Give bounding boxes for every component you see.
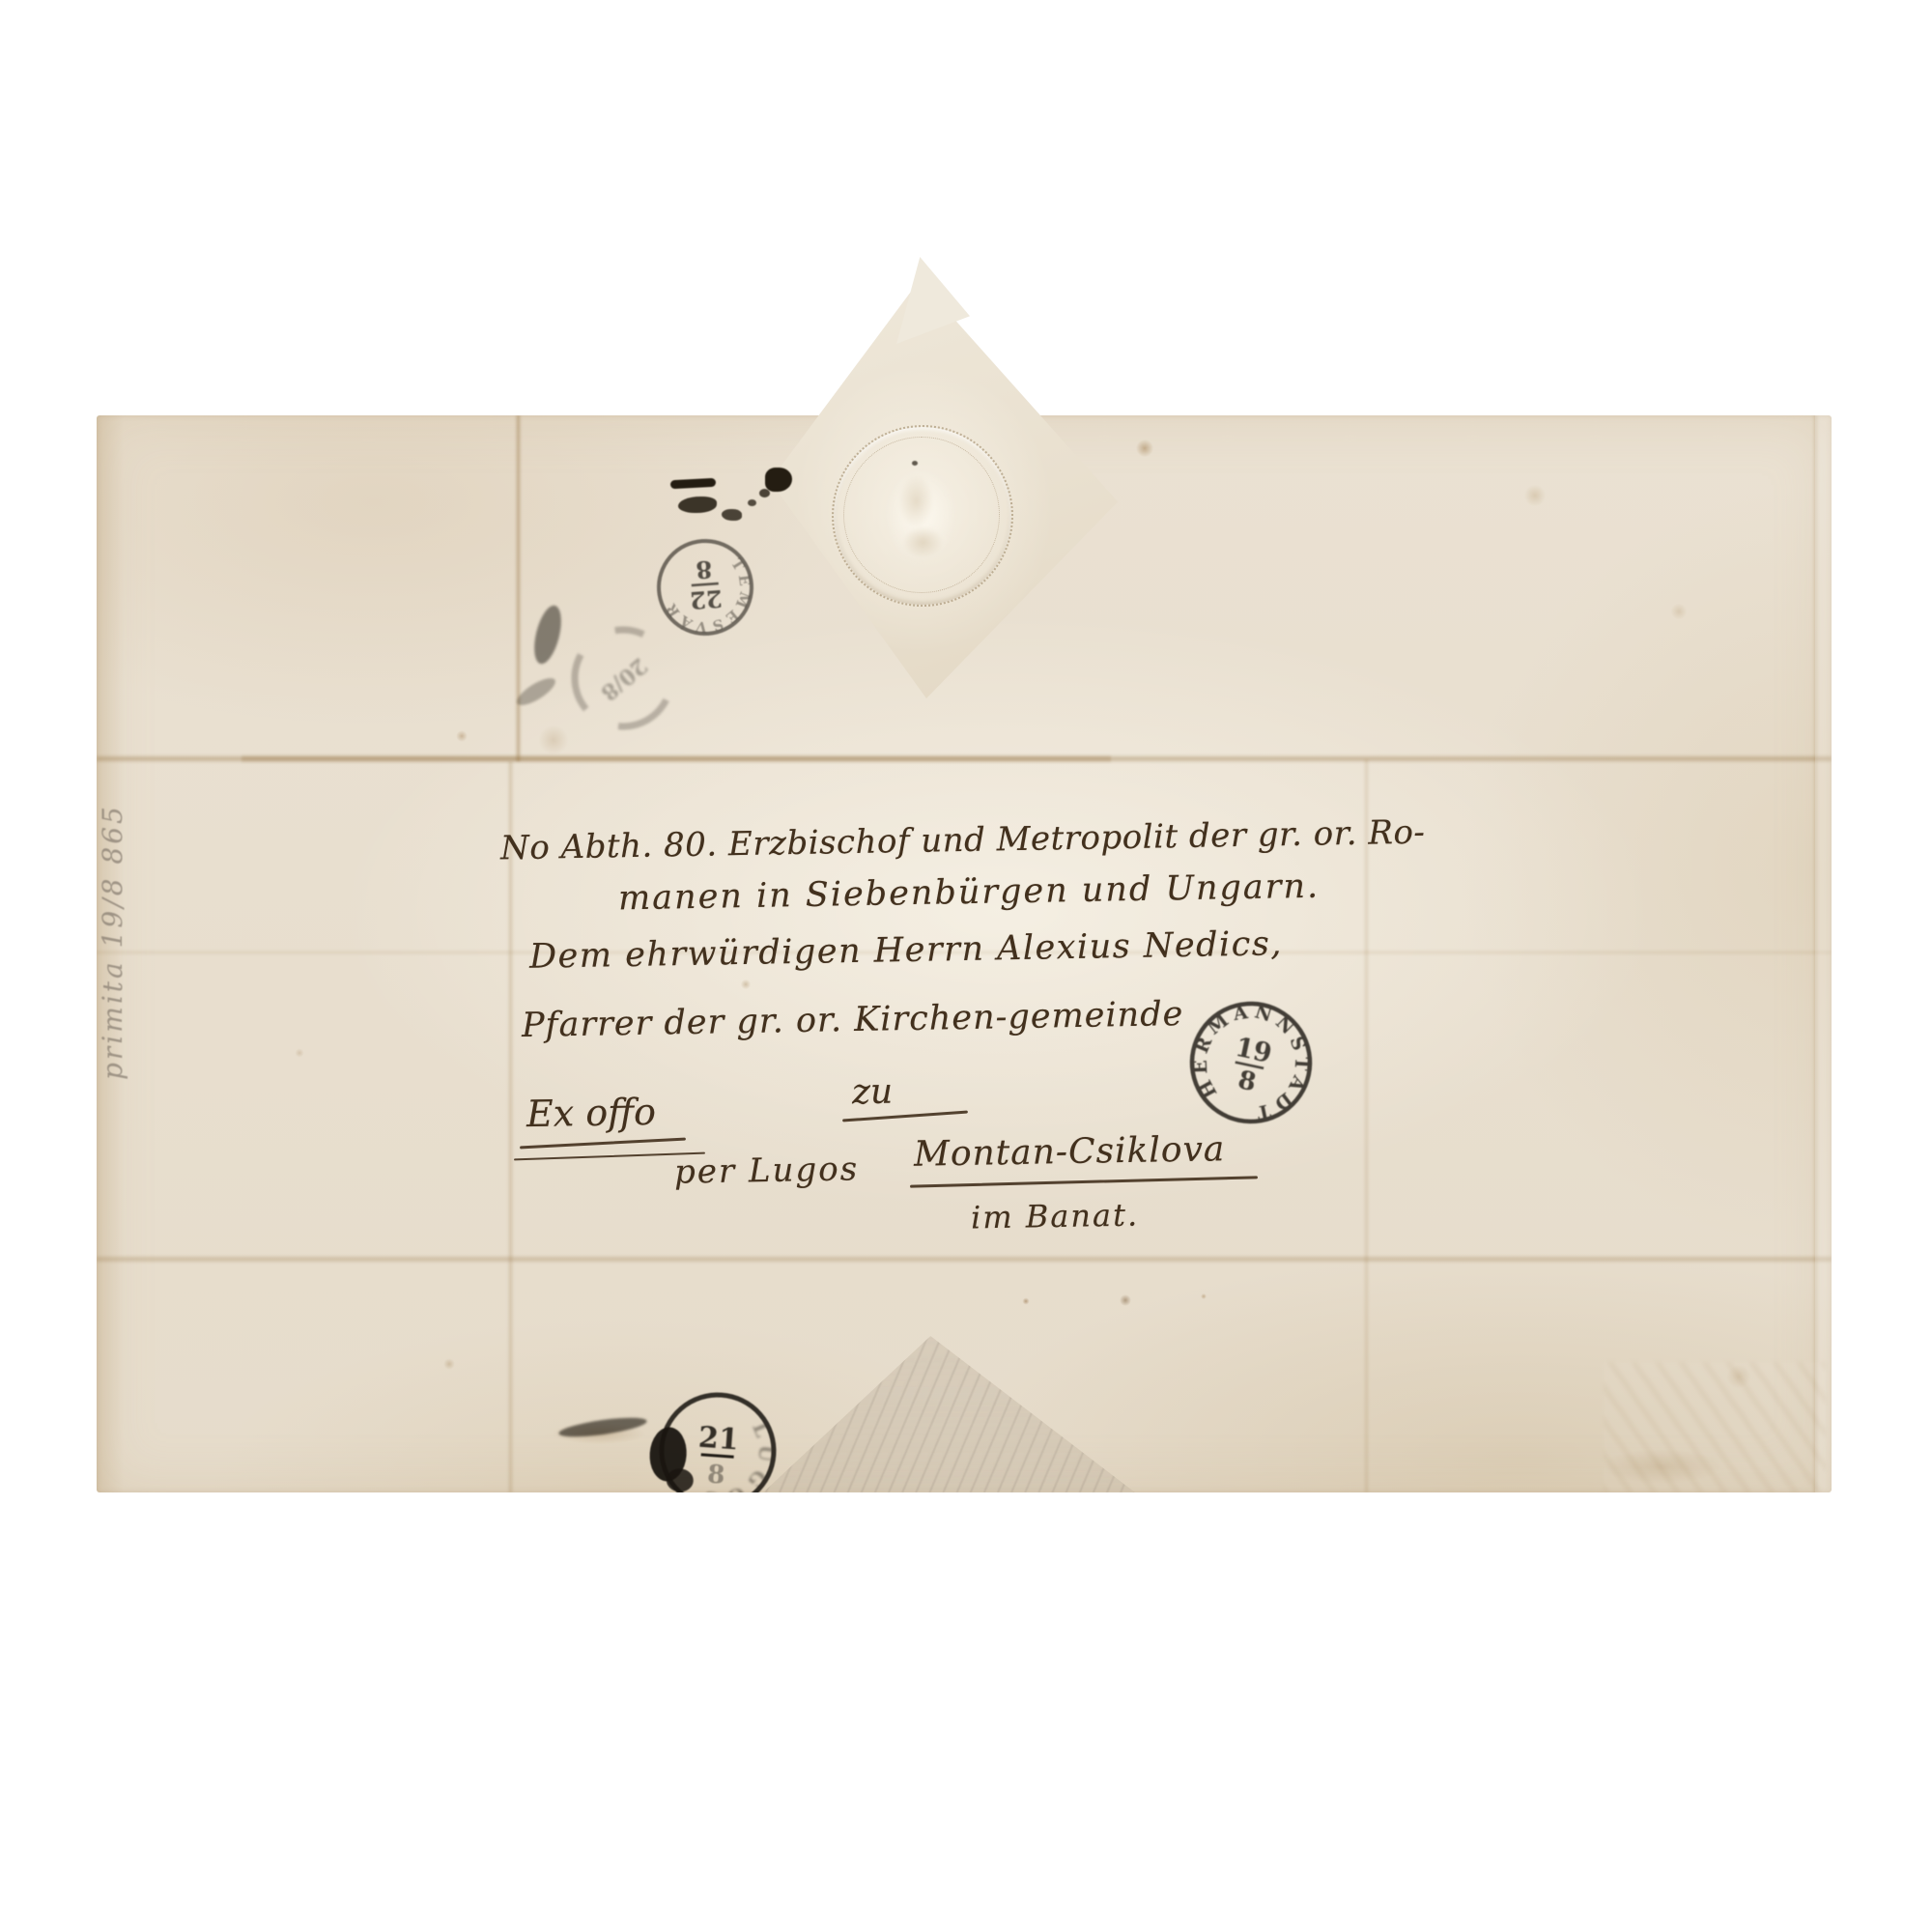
address-line-3: Dem ehrwürdigen Herrn Alexius Nedics, [529, 924, 1284, 977]
seal-emblem [867, 456, 975, 576]
destination-region: im Banat. [971, 1196, 1140, 1236]
address-line-4: Pfarrer der gr. or. Kirchen-gemeinde [522, 995, 1184, 1045]
underline-ex-offo-1 [520, 1138, 686, 1150]
postmark-day: 22 [689, 584, 723, 614]
wrinkle-bottom-right [1604, 1362, 1826, 1492]
pencil-note: primita 19/8 865 [97, 781, 128, 1080]
vertical-fold-top [515, 415, 522, 761]
address-line-2: manen in Siebenbürgen und Ungarn. [618, 867, 1321, 919]
postmark-arrival: LUGOS 21 8 [640, 1374, 795, 1492]
address-zu: zu [852, 1072, 894, 1113]
postmark-month: 8 [706, 1460, 725, 1490]
postmark-month: 8 [695, 554, 713, 583]
ex-offo-note: Ex offo [526, 1091, 657, 1135]
postmark-date: 20/8 [596, 652, 652, 705]
address-line-1: No Abth. 80. Erzbischof und Metropolit d… [500, 813, 1426, 868]
vertical-fold-bottom [507, 761, 514, 1492]
postmark-hermannstadt: HERMANNSTADT 19 8 [1159, 971, 1343, 1154]
embossed-seal [832, 425, 1013, 607]
postmark-month: 8 [1236, 1065, 1259, 1097]
destination-name: Montan-Csiklova [914, 1129, 1226, 1175]
routing-per-lugos: per Lugos [674, 1150, 860, 1191]
underline-zu [842, 1110, 968, 1122]
horizontal-fold-upper-dark [241, 754, 1111, 763]
photo-of-folded-letter: No Abth. 80. Erzbischof und Metropolit d… [0, 0, 1932, 1932]
ink-smudge [557, 1414, 647, 1441]
ink-smear [722, 509, 742, 521]
ink-smear [748, 499, 756, 506]
horizontal-fold-lower [97, 1255, 1832, 1264]
postmark-day: 21 [697, 1421, 740, 1458]
underline-destination [910, 1176, 1258, 1187]
vertical-crease-right [1363, 759, 1370, 1492]
ink-smear [759, 489, 770, 497]
horizontal-fold-upper [97, 754, 1832, 763]
bleed-through-flap [763, 1336, 1135, 1492]
right-edge-strip [1815, 415, 1832, 1492]
ink-speck [912, 461, 918, 466]
